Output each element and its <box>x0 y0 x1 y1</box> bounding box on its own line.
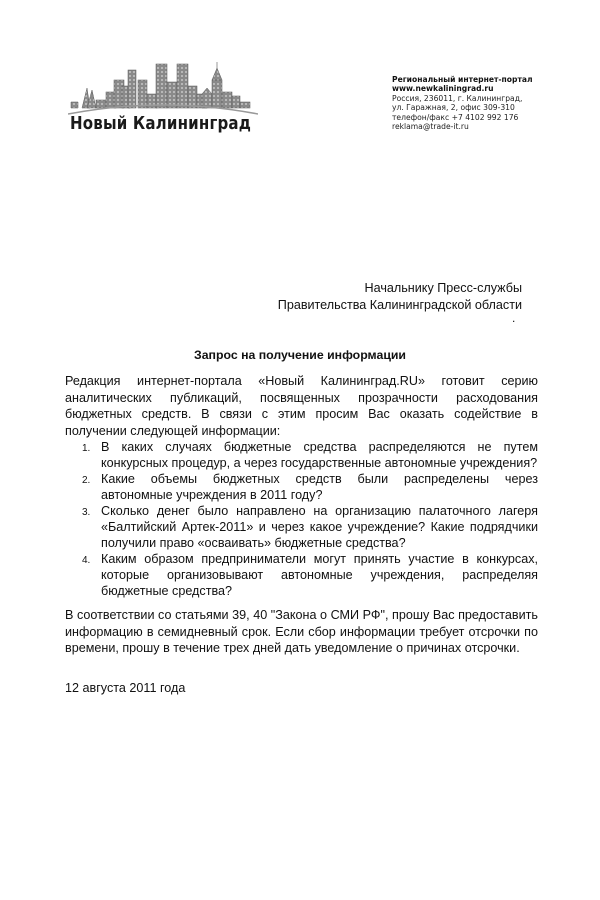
addressee-line-2: Правительства Калининградской области <box>278 297 522 314</box>
addressee-line-1: Начальнику Пресс-службы <box>278 280 522 297</box>
address-line-1: Россия, 236011, г. Калининград, <box>392 94 533 103</box>
list-item: 1. В каких случаях бюджетные средства ра… <box>65 440 538 472</box>
website-link[interactable]: www.newkaliningrad.ru <box>392 84 533 93</box>
brand-name: Новый Калининград <box>70 114 251 134</box>
list-number: 4. <box>82 553 90 569</box>
intro-rest: аналитических публикаций, посвященных пр… <box>65 390 538 440</box>
intro-paragraph: Редакция интернет-портала «Новый Калинин… <box>65 373 538 439</box>
closing-paragraph: В соответствии со статьями 39, 40 "Закон… <box>65 607 538 657</box>
document-title: Запрос на получение информации <box>0 348 600 362</box>
question-text: В каких случаях бюджетные средства распр… <box>101 440 538 470</box>
stray-mark: . <box>512 311 515 325</box>
intro-first-line: Редакция интернет-портала «Новый Калинин… <box>65 373 538 390</box>
question-text: Сколько денег было направлено на организ… <box>101 504 538 550</box>
document-date: 12 августа 2011 года <box>65 681 185 695</box>
address-line-2: ул. Гаражная, 2, офис 309-310 <box>392 103 533 112</box>
list-item: 2. Какие объемы бюджетных средств были р… <box>65 472 538 504</box>
phone: телефон/факс +7 4102 992 176 <box>392 113 533 122</box>
question-text: Каким образом предприниматели могут прин… <box>101 552 538 598</box>
question-text: Какие объемы бюджетных средств были расп… <box>101 472 538 502</box>
list-number: 2. <box>82 473 90 489</box>
questions-list: 1. В каких случаях бюджетные средства ра… <box>65 440 538 600</box>
portal-type: Региональный интернет-портал <box>392 75 533 84</box>
list-number: 1. <box>82 441 90 457</box>
addressee: Начальнику Пресс-службы Правительства Ка… <box>278 280 522 314</box>
contact-block: Региональный интернет-портал www.newkali… <box>392 75 533 131</box>
list-item: 4. Каким образом предприниматели могут п… <box>65 552 538 599</box>
email-link[interactable]: reklama@trade-it.ru <box>392 122 533 131</box>
list-item: 3. Сколько денег было направлено на орга… <box>65 504 538 551</box>
list-number: 3. <box>82 505 90 521</box>
